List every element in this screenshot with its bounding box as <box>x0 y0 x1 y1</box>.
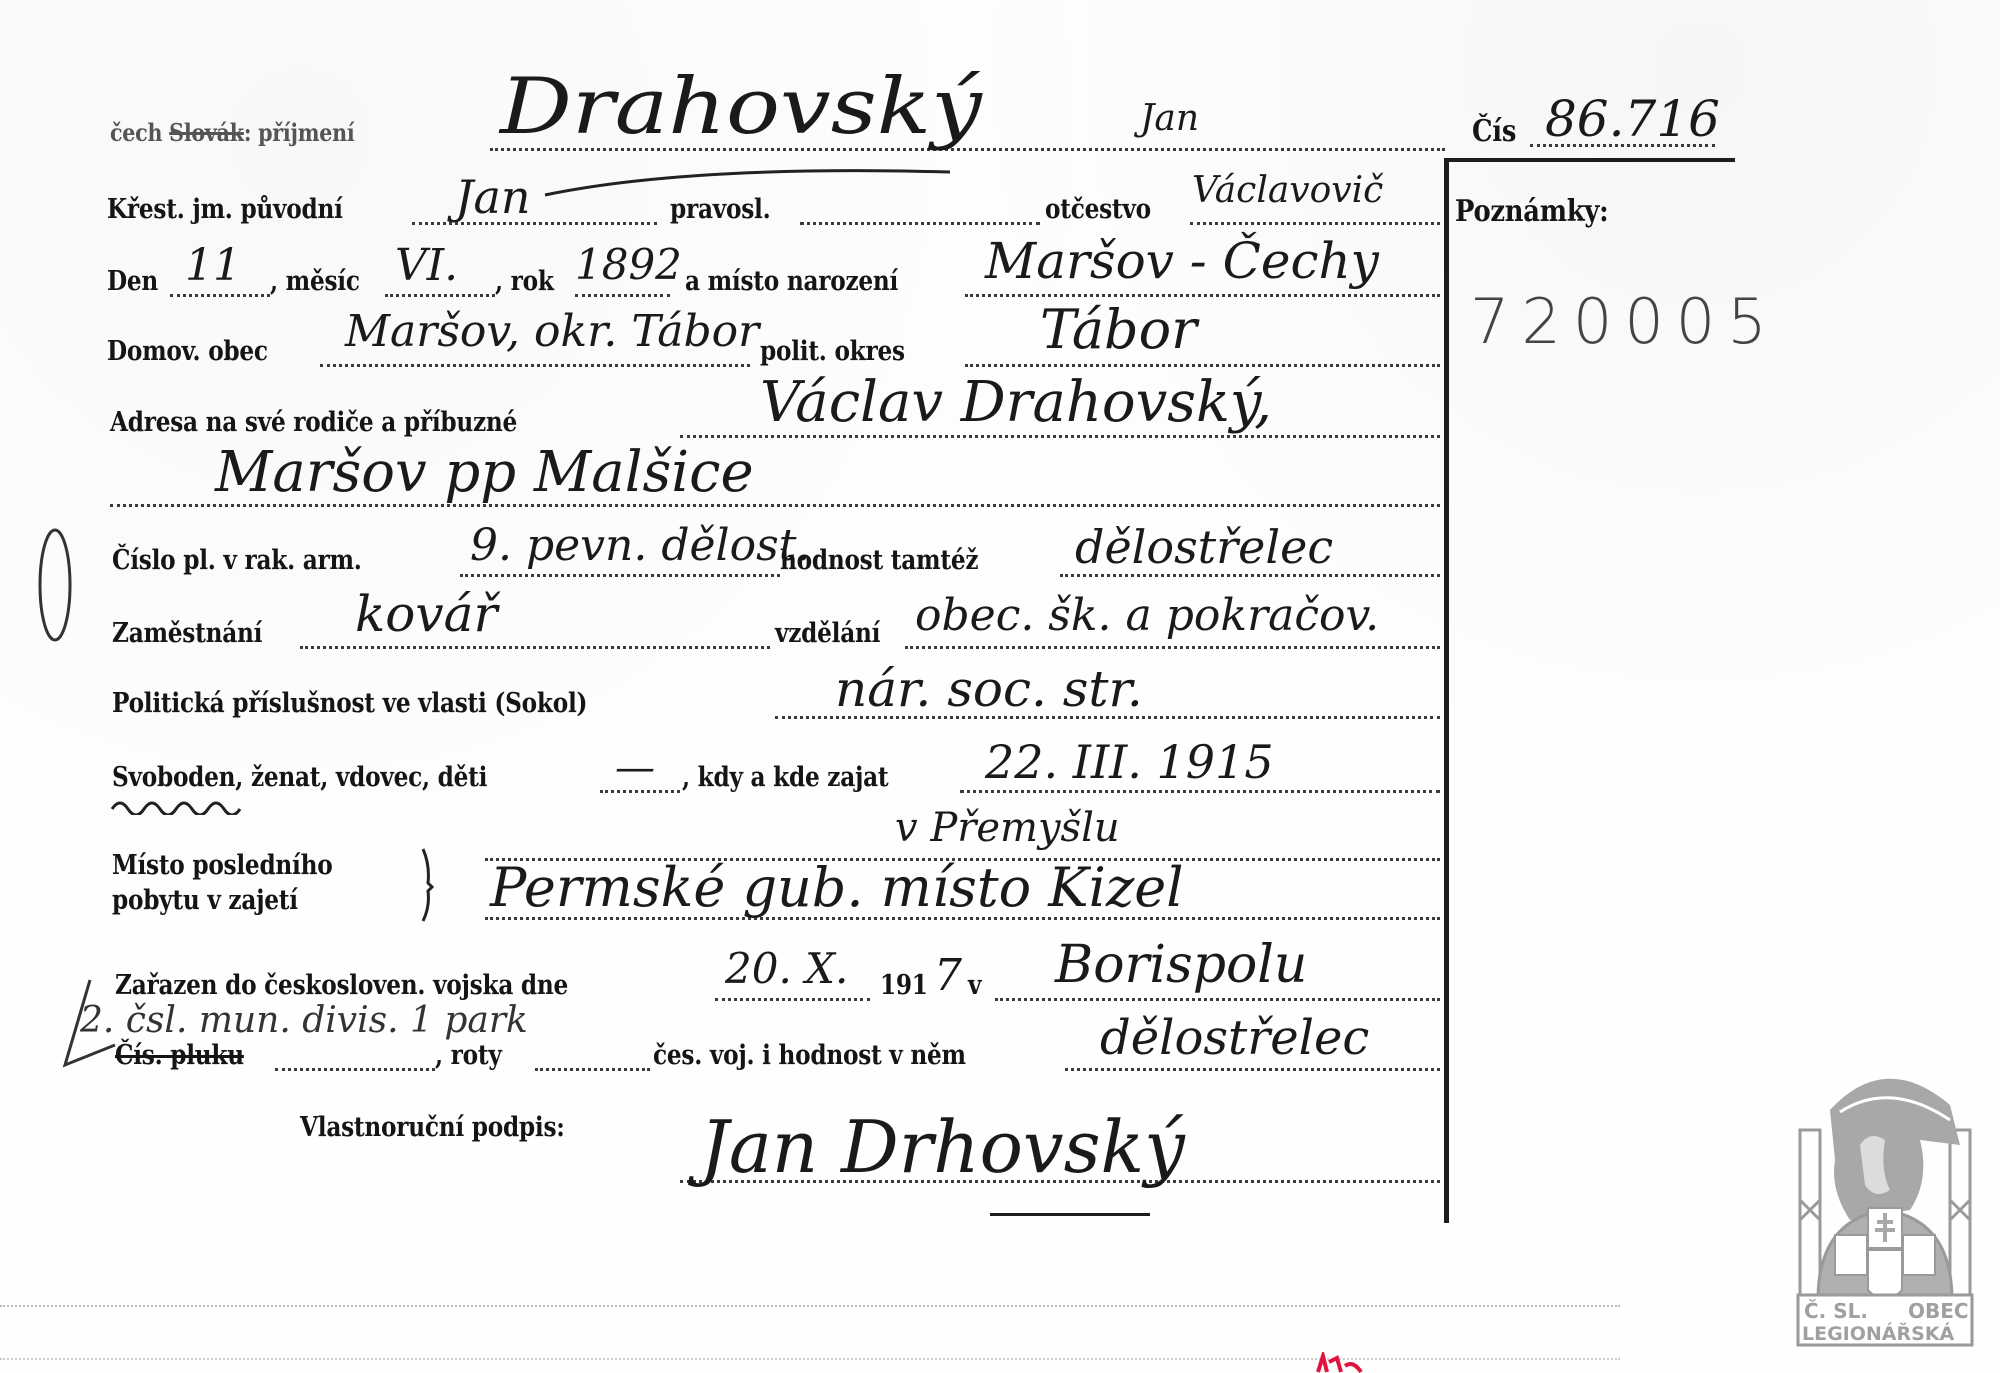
captured-line <box>960 790 1440 793</box>
politics-label: Politická příslušnost ve vlasti (Sokol) <box>112 688 587 719</box>
address-label: Adresa na své rodiče a příbuzné <box>110 407 517 438</box>
year-label: , rok <box>495 266 554 297</box>
red-stamp-fragment <box>1315 1352 1365 1373</box>
enlisted-label: Zařazen do českosloven. vojska dne <box>115 970 568 1001</box>
education-value: obec. šk. a pokračov. <box>915 590 1379 641</box>
number-label: Čís <box>1472 114 1516 149</box>
given-name-label: Křest. jm. původní <box>107 194 343 225</box>
enlisted-day: 20. X. <box>725 944 848 993</box>
day-label: Den <box>107 266 158 297</box>
surname-extra: Jan <box>1140 98 1199 139</box>
surname-label-prefix: čech Slovák: příjmení <box>110 118 354 147</box>
unit-line <box>460 574 780 577</box>
unit-value: 9. pevn. dělost. <box>470 520 810 571</box>
signature-underline <box>990 1213 1150 1216</box>
district-line <box>965 364 1440 367</box>
logo-text-obec: OBEC <box>1908 1299 1969 1323</box>
enlisted-year-suffix: 7 <box>934 950 962 1001</box>
bracket-mark <box>30 525 80 645</box>
captured-place: v Přemyšlu <box>895 805 1120 851</box>
enlisted-place-line <box>995 998 1440 1001</box>
captured-date: 22. III. 1915 <box>985 735 1274 789</box>
home-value: Maršov, okr. Tábor <box>345 306 759 357</box>
company-label: , roty <box>435 1040 502 1071</box>
education-label: vzdělání <box>775 618 880 649</box>
year-line <box>575 294 670 297</box>
year-value: 1892 <box>575 240 682 289</box>
nationality-struck: Slovák <box>169 118 244 147</box>
address-value-1: Václav Drahovský, <box>760 370 1272 435</box>
given-name-value: Jan <box>455 170 531 224</box>
regiment-label: Čís. pluku <box>115 1040 244 1071</box>
legion-logo: Č. SL. OBEC LEGIONÁŘSKÁ <box>1790 1050 1980 1350</box>
birthplace-value: Maršov - Čechy <box>985 232 1379 290</box>
given-name-line <box>412 222 657 225</box>
patronymic-label: otčestvo <box>1045 194 1151 225</box>
rank-line <box>1060 574 1440 577</box>
job-line <box>300 646 770 649</box>
patronymic-value: Václavovič <box>1192 170 1383 211</box>
cz-rank-line <box>1065 1068 1440 1071</box>
birthplace-line <box>965 294 1440 297</box>
signature-value: Jan Drhovský <box>700 1105 1185 1189</box>
captivity-label-2: pobytu v zajetí <box>112 885 298 916</box>
job-value: kovář <box>355 585 497 643</box>
logo-text-csl: Č. SL. <box>1804 1299 1868 1323</box>
company-line <box>535 1068 650 1071</box>
unit-note: 2. čsl. mun. divis. 1 park <box>80 1000 528 1041</box>
rank-label: hodnost tamtéž <box>780 545 978 576</box>
patronymic-line <box>1190 222 1440 225</box>
home-label: Domov. obec <box>107 336 268 367</box>
nationality-czech: čech <box>110 118 162 147</box>
pen-stroke <box>540 160 960 200</box>
regiment-line <box>275 1068 435 1071</box>
notes-value: 720005 <box>1470 285 1779 358</box>
month-line <box>385 294 495 297</box>
captured-label: , kdy a kde zajat <box>682 762 888 793</box>
day-line <box>170 294 270 297</box>
enlisted-year-prefix: 191 <box>880 970 928 1001</box>
notes-label: Poznámky: <box>1455 194 1608 229</box>
orthodox-line <box>800 222 1040 225</box>
legionnaire-record-card: čech Slovák: příjmení Drahovský Jan Čís … <box>0 0 2000 1373</box>
address-value-2: Maršov pp Malšice <box>215 440 754 505</box>
district-label: polit. okres <box>760 336 905 367</box>
education-line <box>905 646 1440 649</box>
home-line <box>320 364 750 367</box>
birthplace-label: a místo narození <box>685 266 898 297</box>
cz-rank-value: dělostřelec <box>1100 1010 1369 1066</box>
logo-text-legionarska: LEGIONÁŘSKÁ <box>1802 1322 1955 1345</box>
underline-squiggle <box>110 795 250 815</box>
enlisted-place: Borispolu <box>1055 935 1307 995</box>
notes-divider <box>1444 158 1449 1223</box>
address-line-1 <box>680 435 1440 438</box>
month-label: , měsíc <box>270 266 360 297</box>
enlisted-day-line <box>715 998 870 1001</box>
day-value: 11 <box>185 240 241 291</box>
job-label: Zaměstnání <box>112 618 262 649</box>
header-rule <box>1445 158 1735 162</box>
district-value: Tábor <box>1040 298 1197 361</box>
marital-label: Svoboden, ženat, vdovec, děti <box>112 762 487 793</box>
captivity-label-1: Místo posledního <box>112 850 332 881</box>
signature-label: Vlastnoruční podpis: <box>300 1112 565 1143</box>
politics-value: nár. soc. str. <box>835 660 1143 718</box>
month-value: VI. <box>395 240 458 291</box>
number-value: 86.716 <box>1545 90 1720 148</box>
brace <box>418 845 438 925</box>
captivity-value: Permské gub. místo Kizel <box>490 856 1184 919</box>
enlisted-in-label: v <box>968 970 981 1001</box>
bottom-rule-1 <box>0 1305 1620 1307</box>
bottom-rule-2 <box>0 1358 1620 1360</box>
cz-rank-label: čes. voj. i hodnost v něm <box>653 1040 966 1071</box>
unit-label: Číslo pl. v rak. arm. <box>112 545 362 576</box>
surname-value: Drahovský <box>500 62 982 152</box>
rank-value: dělostřelec <box>1075 520 1333 574</box>
children-value: — <box>615 745 655 791</box>
surname-label: : příjmení <box>244 118 355 147</box>
